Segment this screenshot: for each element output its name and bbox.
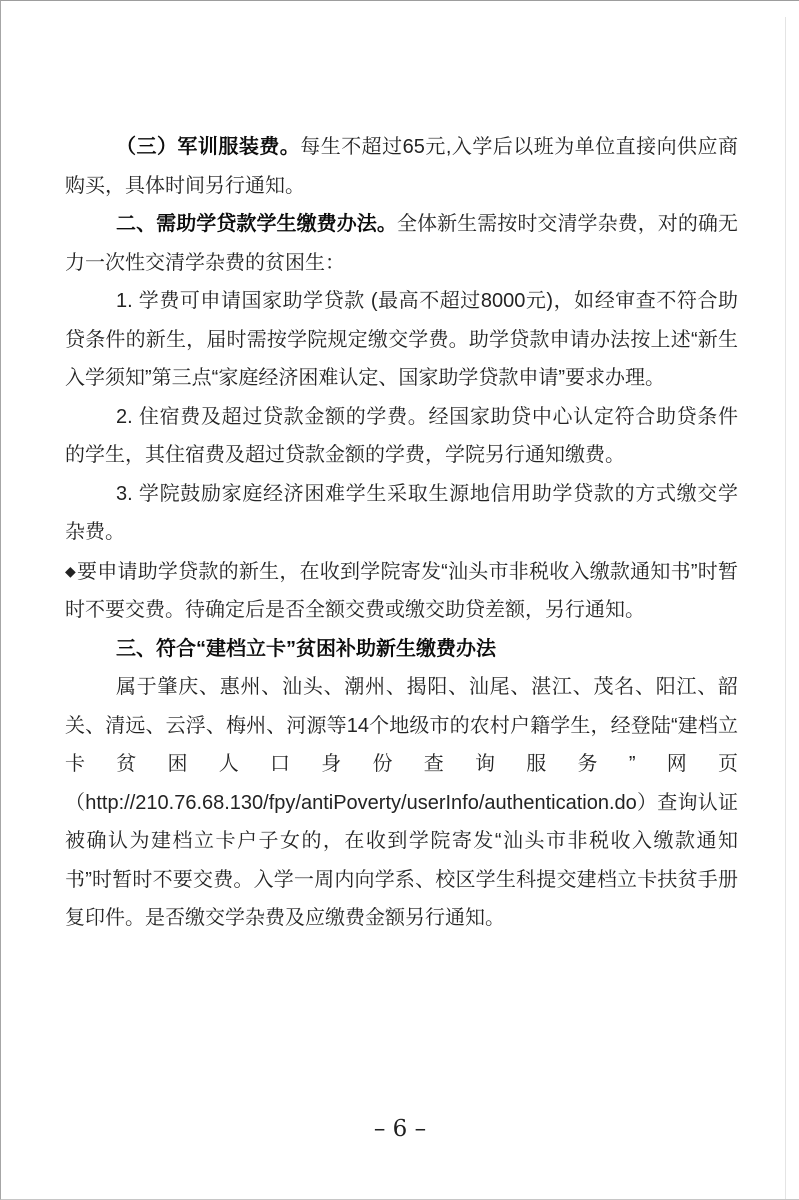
heading-loan-payment-method-title: 二、需助学贷款学生缴费办法。 [116,213,397,235]
para-loan-item-2: 2. 住宿费及超过贷款金额的学费。经国家助贷中心认定符合助贷条件的学生，其住宿费… [65,398,738,475]
document-body: （三）军训服装费。每生不超过65元,入学后以班为单位直接向供应商购买，具体时间另… [65,128,738,938]
heading-poverty-registration: 三、符合“建档立卡”贫困补助新生缴费办法 [65,630,738,669]
heading-loan-payment-method: 二、需助学贷款学生缴费办法。全体新生需按时交清学杂费，对的确无力一次性交清学杂费… [65,205,738,282]
query-service-url: （http://210.76.68.130/fpy/antiPoverty/us… [65,792,657,814]
para-loan-item-3: 3. 学院鼓励家庭经济困难学生采取生源地信用助学贷款的方式缴交学杂费。 [65,475,738,552]
para-loan-note: ◆要申请助学贷款的新生，在收到学院寄发“汕头市非税收入缴款通知书”时暂时不要交费… [65,552,738,630]
para-loan-item-2-text: 2. 住宿费及超过贷款金额的学费。经国家助贷中心认定符合助贷条件的学生，其住宿费… [65,406,738,467]
para-loan-item-3-text: 3. 学院鼓励家庭经济困难学生采取生源地信用助学贷款的方式缴交学杂费。 [65,483,738,544]
para-loan-note-text: 要申请助学贷款的新生，在收到学院寄发“汕头市非税收入缴款通知书”时暂时不要交费。… [65,561,738,622]
para-poverty-detail-text-1: 属于肇庆、惠州、汕头、潮州、揭阳、汕尾、湛江、茂名、阳江、韶关、清远、云浮、梅州… [65,676,738,775]
para-military-uniform-fee: （三）军训服装费。每生不超过65元,入学后以班为单位直接向供应商购买，具体时间另… [65,128,738,205]
document-page: （三）军训服装费。每生不超过65元,入学后以班为单位直接向供应商购买，具体时间另… [0,0,799,1200]
para-loan-item-1-text: 1. 学费可申请国家助学贷款 (最高不超过8000元)，如经审查不符合助贷条件的… [65,290,738,389]
para-poverty-detail: 属于肇庆、惠州、汕头、潮州、揭阳、汕尾、湛江、茂名、阳江、韶关、清远、云浮、梅州… [65,668,738,938]
page-number: – 6 – [1,1116,799,1142]
para-military-uniform-fee-title: （三）军训服装费。 [116,136,300,158]
para-loan-item-1: 1. 学费可申请国家助学贷款 (最高不超过8000元)，如经审查不符合助贷条件的… [65,282,738,398]
page-right-edge-line [785,17,786,1199]
heading-poverty-registration-text: 三、符合“建档立卡”贫困补助新生缴费办法 [116,638,496,660]
diamond-bullet-icon: ◆ [65,563,77,579]
